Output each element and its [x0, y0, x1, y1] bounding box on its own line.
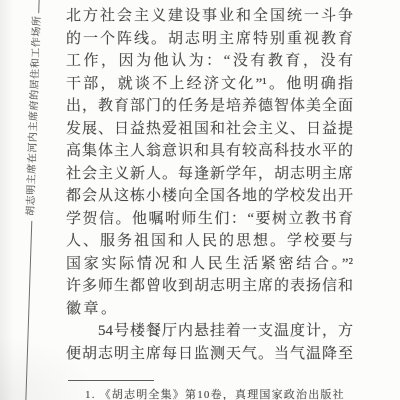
footnote-separator	[68, 380, 154, 381]
text-line: 人、服务祖国和人民的思想。学校要与	[66, 230, 353, 253]
text-line: 干部，就谈不上经济文化”¹。他明确指	[66, 73, 353, 96]
sidebar-rule-top	[38, 0, 39, 13]
footnote-text: 1. 《胡志明全集》第10卷，真理国家政治出版社	[85, 388, 385, 400]
text-line: 社会主义新人。每逢新学年，胡志明主席	[66, 163, 353, 186]
text-line: 高集体主人翁意识和具有较高科技水平的	[66, 140, 353, 163]
text-line: 的一个阵线。胡志明主席特别重视教育	[66, 28, 353, 51]
text-line: 国家实际情况和人民生活紧密结合。”²	[66, 253, 353, 276]
text-line: 发展、日益热爱祖国和社会主义、日益提	[66, 118, 353, 141]
text-line: 都会从这栋小楼向全国各地的学校发出开	[66, 185, 353, 208]
scanned-page: 胡志明主席在河内主席府的居住和工作场所 北方社会主义建设事业和全国统一斗争的一个…	[0, 0, 400, 400]
sidebar-rule-bottom	[25, 221, 32, 400]
text-line: 54号楼餐厅内悬挂着一支温度计，方	[66, 320, 353, 343]
sidebar-label: 胡志明主席在河内主席府的居住和工作场所	[25, 16, 44, 216]
text-line: 学贺信。他嘱咐师生们：“要树立教书育	[66, 208, 353, 231]
sidebar-vertical-caption: 胡志明主席在河内主席府的居住和工作场所	[18, 0, 47, 400]
text-line: 出，教育部门的任务是培养德智体美全面	[66, 95, 353, 118]
text-line: 许多师生都曾收到胡志明主席的表扬信和	[66, 275, 353, 298]
text-line: 徽章。	[66, 298, 353, 321]
text-line: 北方社会主义建设事业和全国统一斗争	[66, 5, 353, 28]
body-text: 北方社会主义建设事业和全国统一斗争的一个阵线。胡志明主席特别重视教育工作，因为他…	[66, 5, 353, 365]
text-line: 工作，因为他认为：“没有教育，没有	[66, 50, 353, 73]
text-line: 便胡志明主席每日监测天气。当气温降至	[66, 343, 353, 366]
